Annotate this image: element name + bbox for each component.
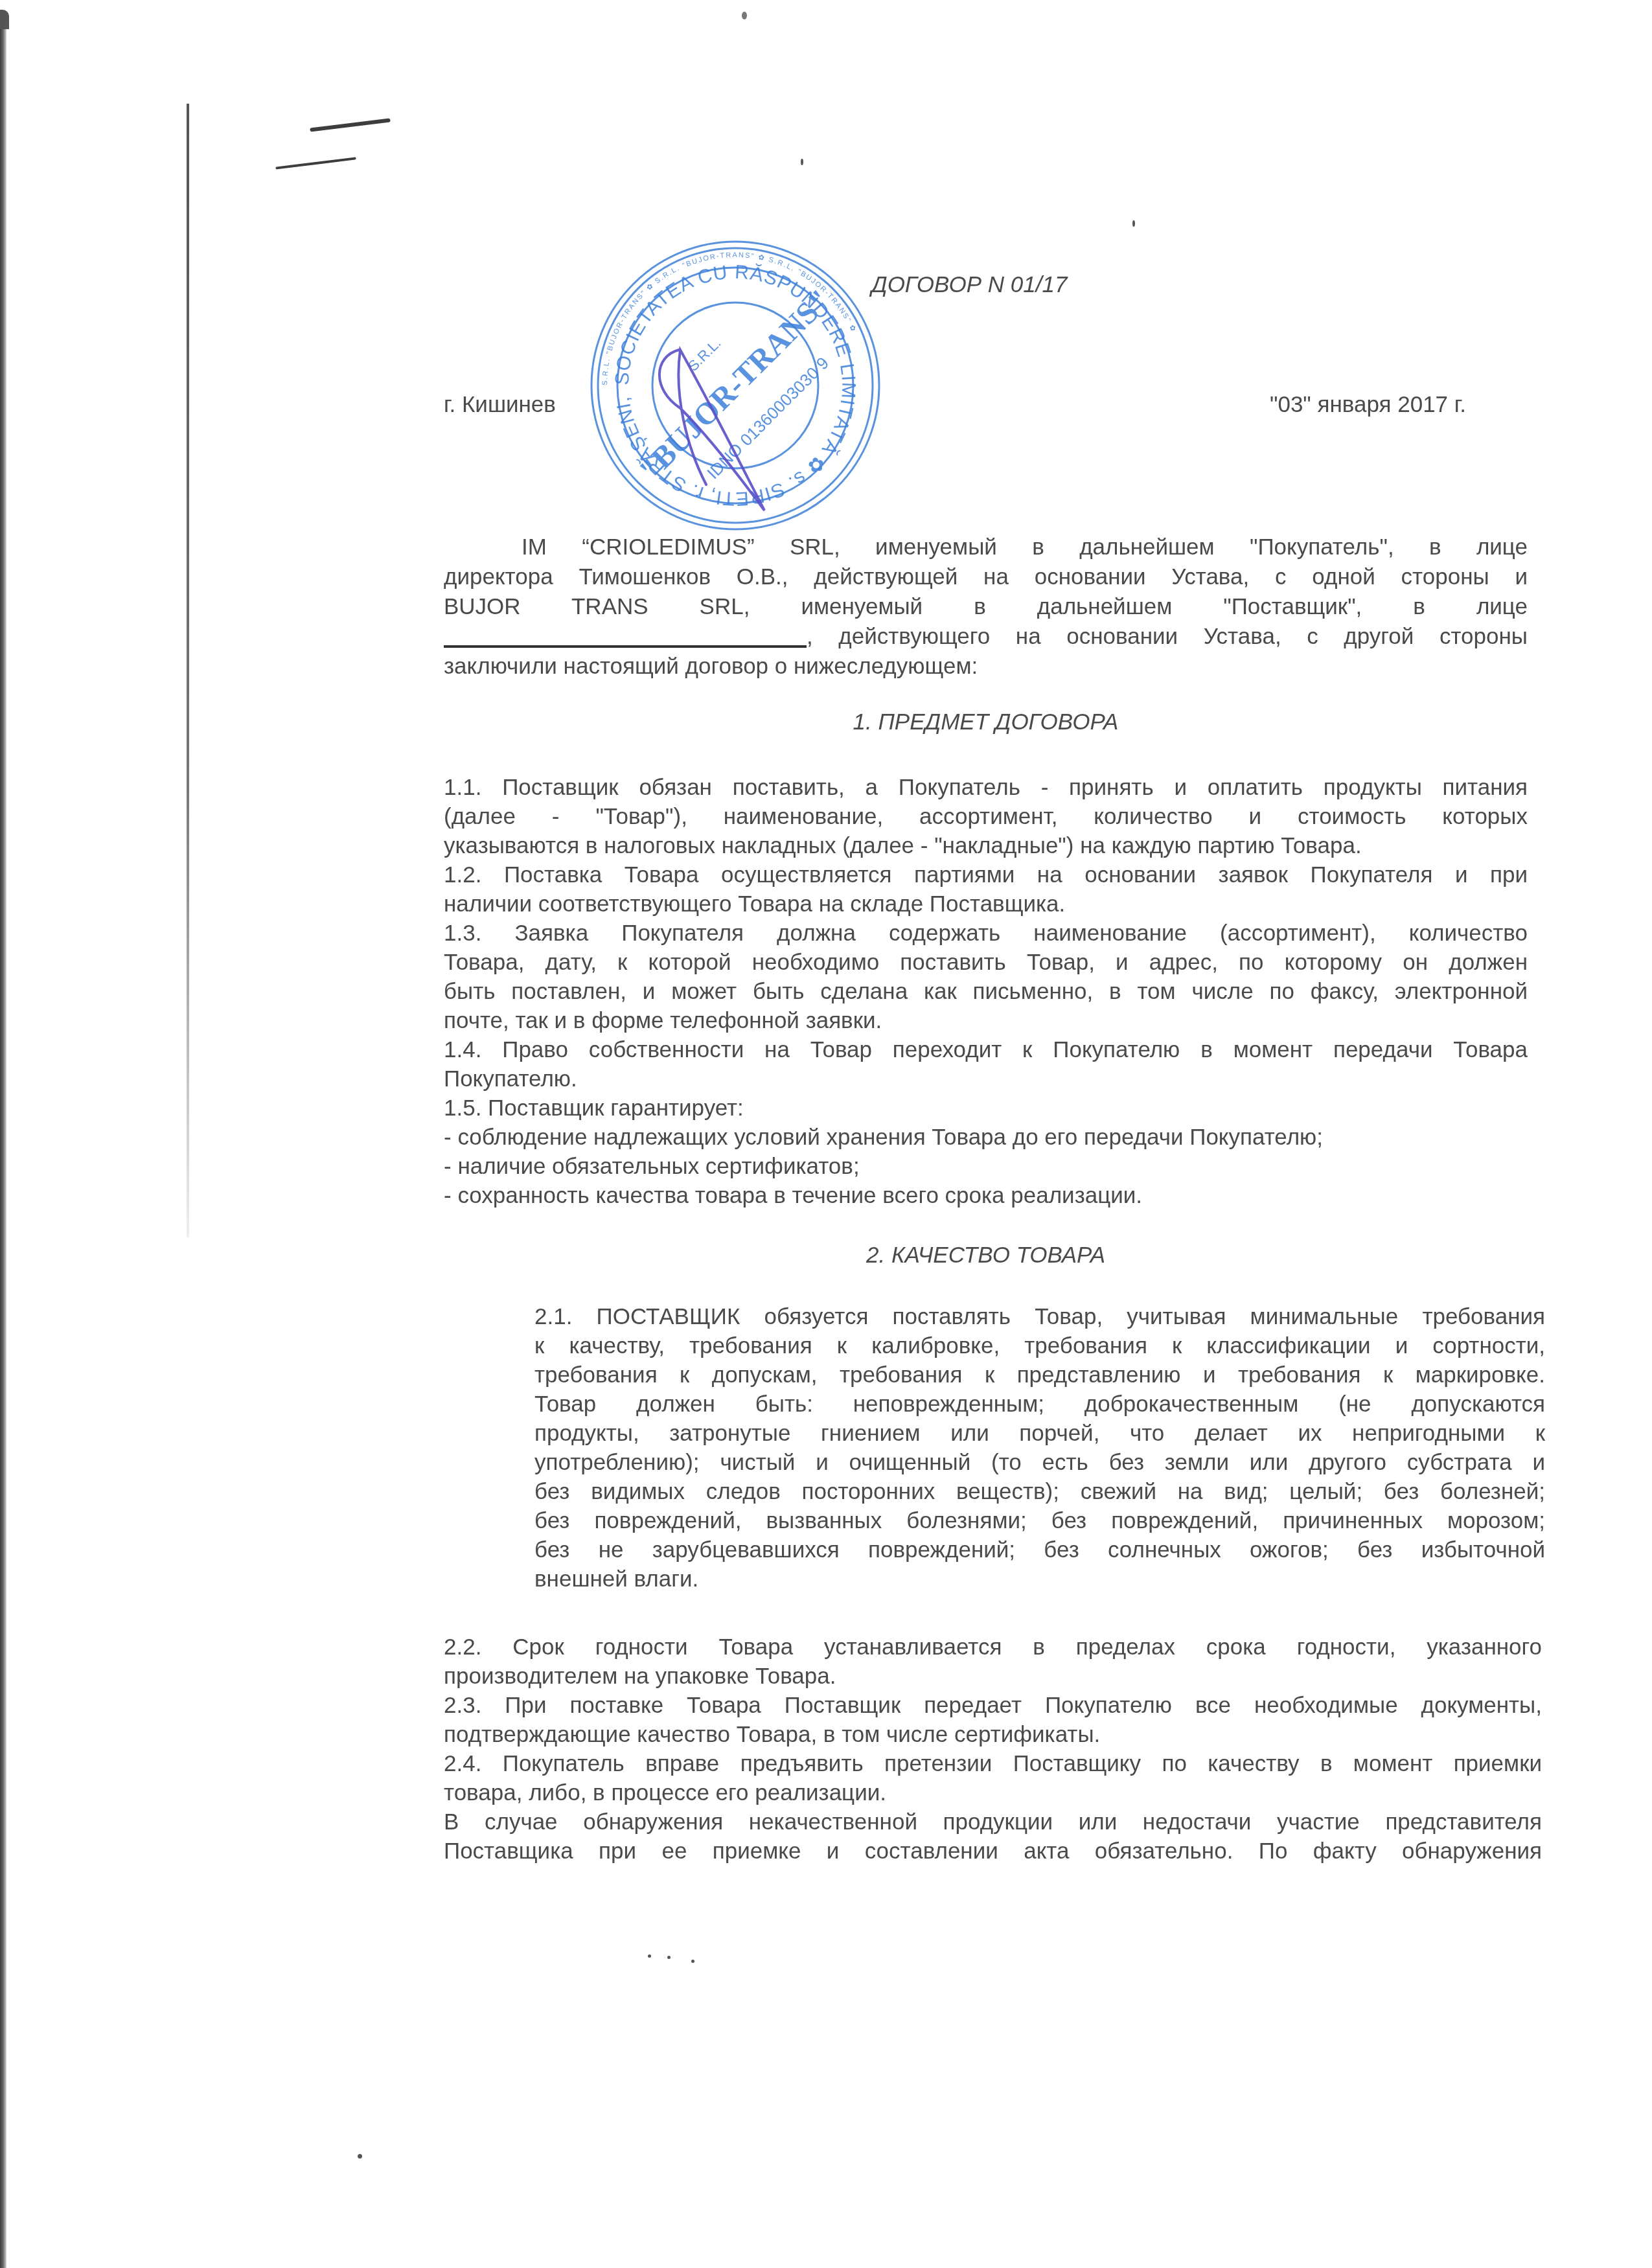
clause-line: Товар должен быть: неповрежденным; добро… bbox=[534, 1390, 1545, 1419]
clause-line: Поставщика при ее приемке и составлении … bbox=[444, 1837, 1542, 1866]
pen-mark bbox=[310, 118, 391, 132]
intro-line: BUJOR TRANS SRL, именуемый в дальнейшем … bbox=[444, 592, 1528, 621]
speck bbox=[691, 1960, 694, 1963]
clause-line: 1.4. Право собственности на Товар перехо… bbox=[444, 1035, 1528, 1064]
intro-line: IM “CRIOLEDIMUS” SRL, именуемый в дальне… bbox=[522, 533, 1528, 562]
clause-line: подтверждающие качество Товара, в том чи… bbox=[444, 1720, 1542, 1749]
intro-line: заключили настоящий договор о нижеследую… bbox=[444, 652, 1528, 681]
clause-line: 1.3. Заявка Покупателя должна содержать … bbox=[444, 919, 1528, 948]
section-1-heading: 1. ПРЕДМЕТ ДОГОВОРА bbox=[444, 709, 1528, 735]
clause-line: без видимых следов посторонних веществ);… bbox=[534, 1477, 1545, 1506]
speck bbox=[1132, 220, 1135, 227]
speck bbox=[667, 1956, 671, 1959]
speck bbox=[358, 2154, 362, 2159]
representative-blank bbox=[444, 626, 807, 648]
clause-line: продукты, затронутые гниением или порчей… bbox=[534, 1419, 1545, 1448]
clause-line: 2.1. ПОСТАВЩИК обязуется поставлять Това… bbox=[534, 1302, 1545, 1331]
clause-line: 2.3. При поставке Товара Поставщик перед… bbox=[444, 1691, 1542, 1720]
contract-title: ДОГОВОР N 01/17 bbox=[871, 272, 1067, 298]
clause-line: 1.2. Поставка Товара осуществляется парт… bbox=[444, 860, 1528, 889]
clause-line: без не зарубцевавшихся повреждений; без … bbox=[534, 1535, 1545, 1564]
intro-line: , действующего на основании Устава, с др… bbox=[807, 622, 1528, 651]
clause-line: - наличие обязательных сертификатов; bbox=[444, 1152, 1528, 1181]
scan-edge-corner bbox=[0, 10, 9, 29]
clause-line: Товара, дату, к которой необходимо поста… bbox=[444, 948, 1528, 977]
clause-line: почте, так и в форме телефонной заявки. bbox=[444, 1006, 1528, 1035]
speck bbox=[801, 159, 803, 165]
pen-mark bbox=[275, 157, 356, 169]
contract-date: "03" января 2017 г. bbox=[1270, 392, 1466, 418]
intro-line: директора Тимошенков О.В., действующей н… bbox=[444, 562, 1528, 591]
scan-edge bbox=[0, 13, 6, 2268]
clause-line: (далее - "Товар"), наименование, ассорти… bbox=[444, 802, 1528, 831]
clause-line: требования к допускам, требования к пред… bbox=[534, 1360, 1545, 1390]
section-2-heading: 2. КАЧЕСТВО ТОВАРА bbox=[444, 1243, 1528, 1268]
clause-line: товара, либо, в процессе его реализации. bbox=[444, 1778, 1542, 1807]
clause-line: быть поставлен, и может быть сделана как… bbox=[444, 977, 1528, 1006]
city: г. Кишинев bbox=[444, 392, 556, 418]
clause-line: 2.4. Покупатель вправе предъявить претен… bbox=[444, 1749, 1542, 1778]
clause-line: к качеству, требования к калибровке, тре… bbox=[534, 1331, 1545, 1360]
intro-line-with-blank: , действующего на основании Устава, с др… bbox=[444, 622, 1528, 651]
clause-line: - сохранность качества товара в течение … bbox=[444, 1181, 1528, 1210]
margin-line bbox=[187, 104, 189, 1237]
clause-line: наличии соответствующего Товара на склад… bbox=[444, 889, 1528, 919]
clause-line: употреблению); чистый и очищенный (то ес… bbox=[534, 1448, 1545, 1477]
clause-line: 2.2. Срок годности Товара устанавливаетс… bbox=[444, 1632, 1542, 1662]
clause-line: указываются в налоговых накладных (далее… bbox=[444, 831, 1528, 860]
clause-line: без повреждений, вызванных болезнями; бе… bbox=[534, 1506, 1545, 1535]
speck bbox=[742, 12, 747, 19]
clause-line: 1.5. Поставщик гарантирует: bbox=[444, 1094, 1528, 1123]
clause-line: Покупателю. bbox=[444, 1064, 1528, 1094]
speck bbox=[648, 1954, 651, 1958]
clause-line: - соблюдение надлежащих условий хранения… bbox=[444, 1123, 1528, 1152]
clause-line: производителем на упаковке Товара. bbox=[444, 1662, 1542, 1691]
clause-line: внешней влаги. bbox=[534, 1564, 1545, 1594]
clause-line: 1.1. Поставщик обязан поставить, а Покуп… bbox=[444, 773, 1528, 802]
company-stamp: S.R.L. "BUJOR-TRANS" ✿ S.R.L. "BUJOR-TRA… bbox=[583, 240, 888, 531]
clause-line: В случае обнаружения некачественной прод… bbox=[444, 1807, 1542, 1837]
